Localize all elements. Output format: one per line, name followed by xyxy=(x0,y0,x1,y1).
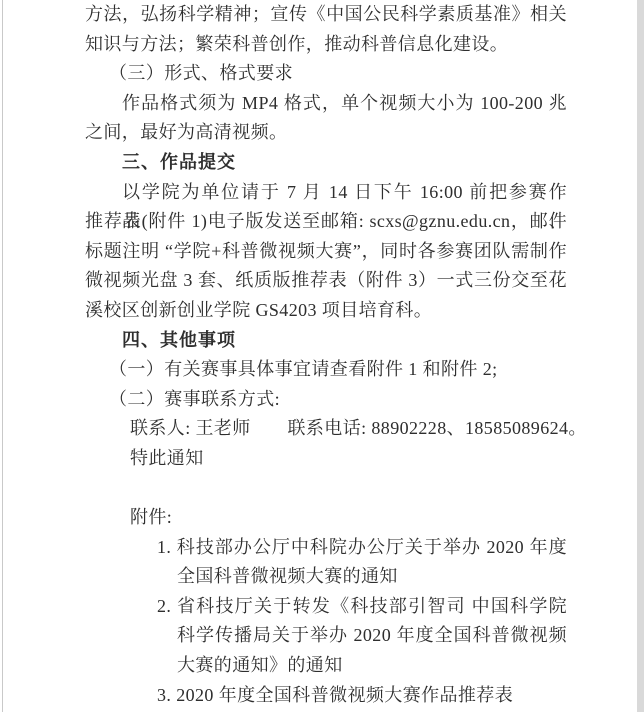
text-line: （一）有关赛事具体事宜请查看附件 1 和附件 2; xyxy=(85,355,567,385)
text-line: 知识与方法；繁荣科普创作，推动科普信息化建设。 xyxy=(85,30,567,60)
text-line: 微视频光盘 3 套、纸质版推荐表（附件 3）一式三份交至花 xyxy=(85,266,567,296)
text-line: 1. 科技部办公厅中科院办公厅关于举办 2020 年度 xyxy=(85,533,567,563)
section-heading: 三、作品提交 xyxy=(85,148,567,178)
text-line: 附件: xyxy=(85,503,567,533)
text-line: 作品格式须为 MP4 格式，单个视频大小为 100-200 兆 xyxy=(85,89,567,119)
text-line: 标题注明 “学院+科普微视频大赛”，同时各参赛团队需制作 xyxy=(85,237,567,267)
text-line: 以学院为单位请于 7 月 14 日下午 16:00 前把参赛作品、 xyxy=(85,178,567,208)
text-line: 之间，最好为高清视频。 xyxy=(85,118,567,148)
blank-line xyxy=(85,474,567,504)
text-line: 科学传播局关于举办 2020 年度全国科普微视频 xyxy=(85,621,567,651)
document-body: 方法，弘扬科学精神；宣传《中国公民科学素质基准》相关知识与方法；繁荣科普创作，推… xyxy=(85,0,567,710)
text-line: （三）形式、格式要求 xyxy=(85,59,567,89)
text-line: （二）赛事联系方式: xyxy=(85,385,567,415)
page-left-edge-line xyxy=(2,0,3,712)
section-heading: 四、其他事项 xyxy=(85,326,567,356)
text-line: 大赛的通知》的通知 xyxy=(85,651,567,681)
text-line: 全国科普微视频大赛的通知 xyxy=(85,562,567,592)
document-page: { "page": { "background": "#ffffff", "te… xyxy=(0,0,644,712)
text-line: 联系人: 王老师 联系电话: 88902228、18585089624。 xyxy=(85,414,567,444)
text-line: 特此通知 xyxy=(85,444,567,474)
text-line: 方法，弘扬科学精神；宣传《中国公民科学素质基准》相关 xyxy=(85,0,567,30)
text-line: 3. 2020 年度全国科普微视频大赛作品推荐表 xyxy=(85,681,567,711)
text-line: 推荐表(附件 1)电子版发送至邮箱: scxs@gznu.edu.cn，邮件 xyxy=(85,207,567,237)
text-line: 溪校区创新创业学院 GS4203 项目培育科。 xyxy=(85,296,567,326)
text-line: 2. 省科技厅关于转发《科技部引智司 中国科学院 xyxy=(85,592,567,622)
page-right-gutter xyxy=(637,0,644,712)
